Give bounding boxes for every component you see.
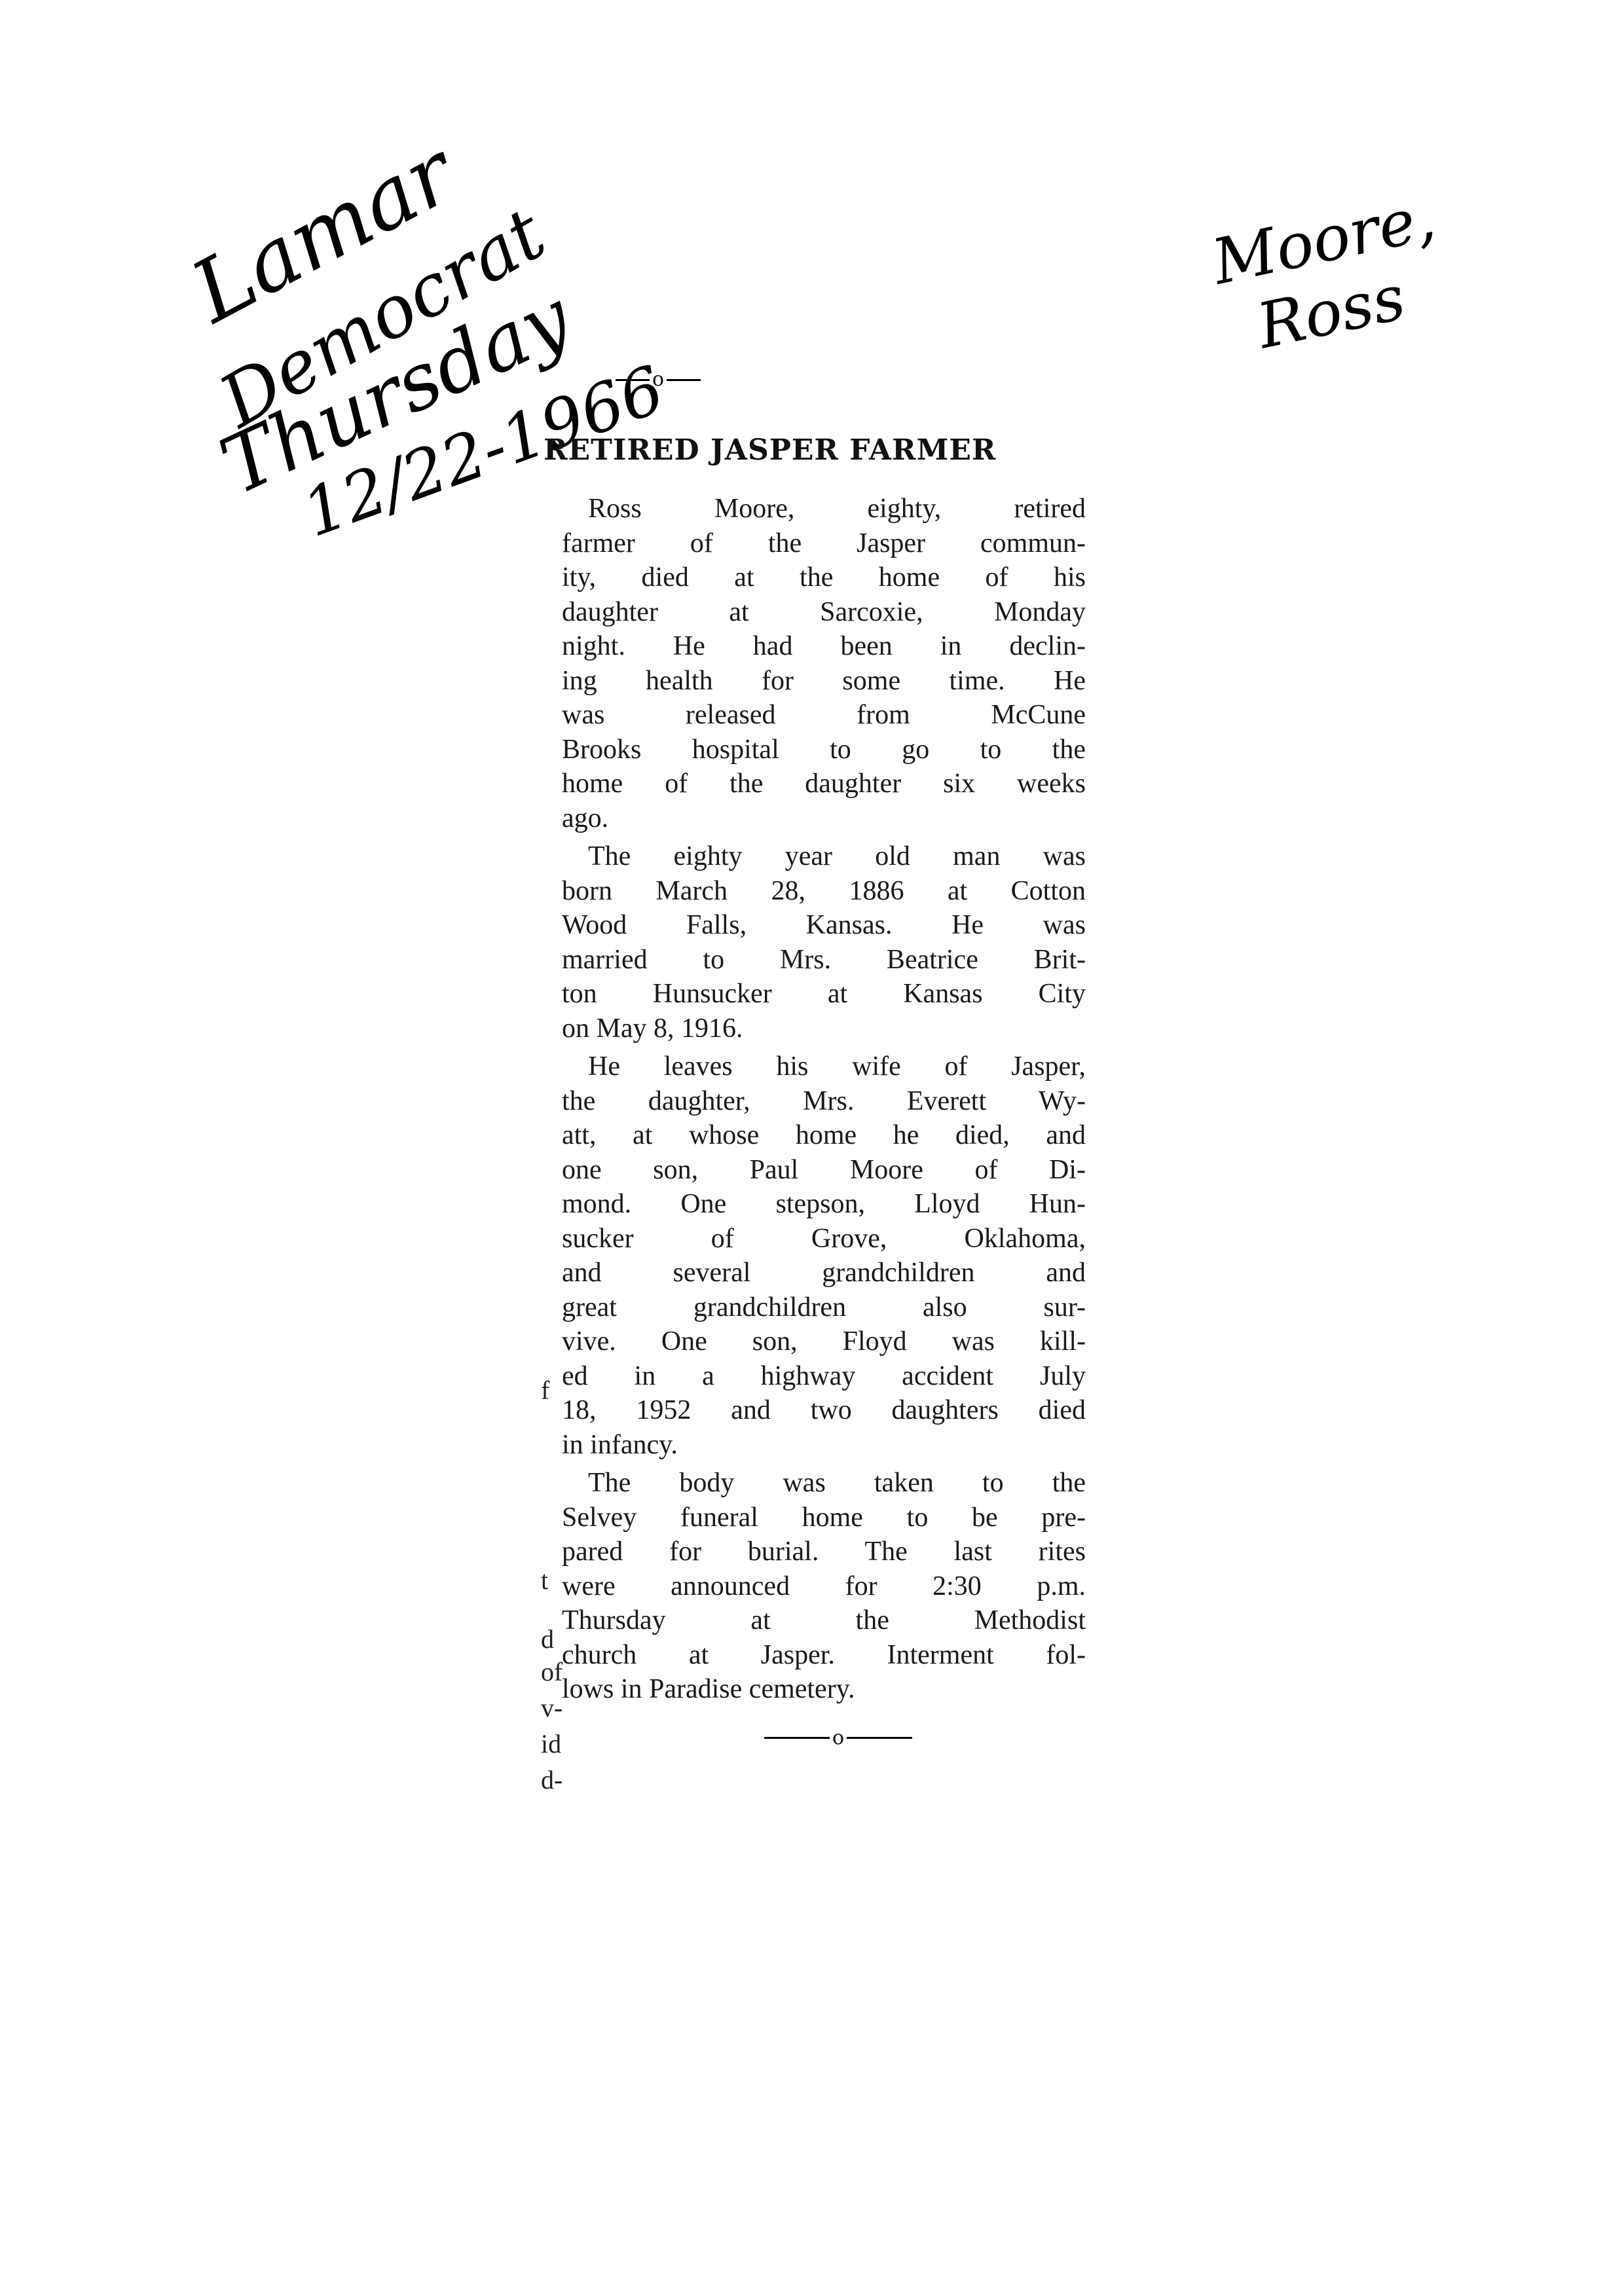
article-line: home of the daughter six weeks [562,767,1086,801]
divider-ornament: o [652,370,664,390]
article-line: ed in a highway accident July [562,1359,1086,1394]
handwritten-source-note: Lamar Democrat Thursday 12/22-1966 [164,151,589,517]
bottom-divider: o [760,1725,917,1751]
article-line: vive. One son, Floyd was kill- [562,1324,1086,1359]
article-line: mond. One stepson, Lloyd Hun- [562,1187,1086,1222]
article-body: Ross Moore, eighty, retiredfarmer of the… [562,492,1086,1707]
fragment: d- [541,1764,563,1795]
divider-rule [667,379,701,381]
article-line: born March 28, 1886 at Cotton [562,874,1086,909]
article-line: were announced for 2:30 p.m. [562,1569,1086,1604]
article-line: ing health for some time. He [562,664,1086,699]
article-line: lows in Paradise cemetery. [562,1672,1086,1707]
article-line: Selvey funeral home to be pre- [562,1501,1086,1535]
divider-rule [847,1737,912,1739]
article-paragraph: He leaves his wife of Jasper,the daughte… [562,1049,1086,1462]
article-line: Ross Moore, eighty, retired [562,492,1086,526]
article-line: ton Hunsucker at Kansas City [562,977,1086,1011]
divider-ornament: o [832,1728,844,1748]
article-line: Brooks hospital to go to the [562,733,1086,767]
article-line: 18, 1952 and two daughters died [562,1393,1086,1428]
article-line: one son, Paul Moore of Di- [562,1153,1086,1188]
article-line: Wood Falls, Kansas. He was [562,908,1086,943]
article-line: att, at whose home he died, and [562,1118,1086,1153]
article-line: great grandchildren also sur- [562,1290,1086,1325]
article-line: and several grandchildren and [562,1256,1086,1290]
article-line: farmer of the Jasper commun- [562,526,1086,561]
article-paragraph: Ross Moore, eighty, retiredfarmer of the… [562,492,1086,835]
article-line: church at Jasper. Interment fol- [562,1638,1086,1673]
article-line: Thursday at the Methodist [562,1603,1086,1638]
article-line: The body was taken to the [562,1466,1086,1501]
handwritten-name-note: Moore, Ross [1198,196,1473,367]
article-line: sucker of Grove, Oklahoma, [562,1222,1086,1256]
article-line: ity, died at the home of his [562,560,1086,595]
top-divider: o [616,367,701,393]
article-line: He leaves his wife of Jasper, [562,1049,1086,1084]
article-line: married to Mrs. Beatrice Brit- [562,943,1086,977]
article-line: ago. [562,801,1086,836]
article-line: was released from McCune [562,698,1086,733]
article-paragraph: The body was taken to theSelvey funeral … [562,1466,1086,1707]
divider-rule [616,379,650,381]
article-line: night. He had been in declin- [562,629,1086,664]
newspaper-clipping: o RETIRED JASPER FARMER Ross Moore, eigh… [537,367,1087,1751]
article-paragraph: The eighty year old man wasborn March 28… [562,839,1086,1046]
divider-rule [764,1737,830,1739]
article-line: the daughter, Mrs. Everett Wy- [562,1084,1086,1119]
article-line: pared for burial. The last rites [562,1535,1086,1569]
article-line: in infancy. [562,1428,1086,1463]
article-line: daughter at Sarcoxie, Monday [562,595,1086,630]
article-line: The eighty year old man was [562,839,1086,874]
article-line: on May 8, 1916. [562,1011,1086,1046]
article-headline: RETIRED JASPER FARMER [537,433,1087,467]
